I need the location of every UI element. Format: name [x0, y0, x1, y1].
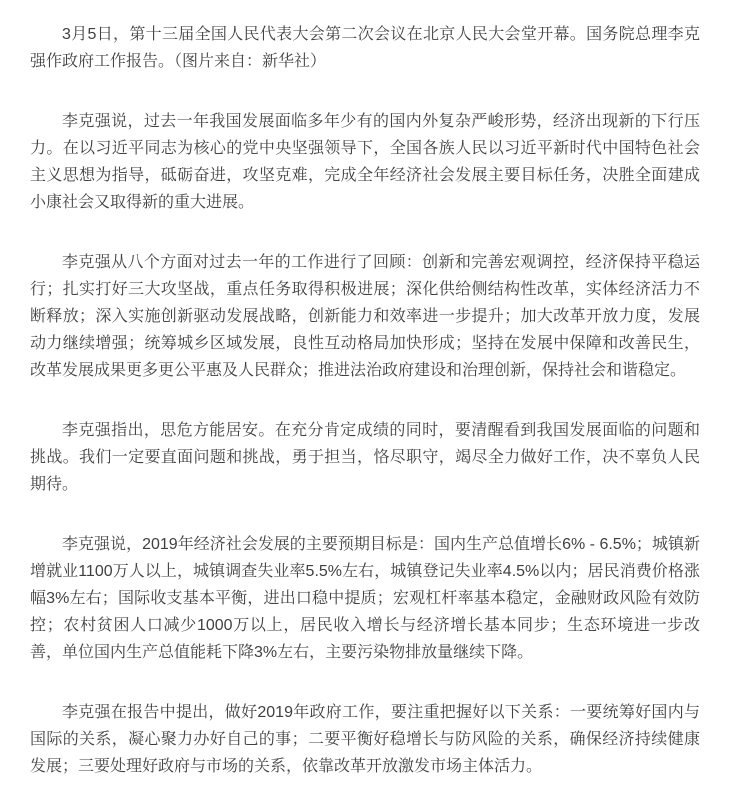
paragraph-2019-targets: 李克强说，2019年经济社会发展的主要预期目标是：国内生产总值增长6% - 6.…	[30, 531, 700, 666]
paragraph-problems-challenges: 李克强指出，思危方能居安。在充分肯定成绩的同时，要清醒看到我国发展面临的问题和挑…	[30, 417, 700, 498]
paragraph-past-year-overview: 李克强说，过去一年我国发展面临多年少有的国内外复杂严峻形势，经济出现新的下行压力…	[30, 108, 700, 216]
paragraph-eight-aspects-review: 李克强从八个方面对过去一年的工作进行了回顾：创新和完善宏观调控，经济保持平稳运行…	[30, 249, 700, 384]
paragraph-intro-caption: 3月5日，第十三届全国人民代表大会第二次会议在北京人民大会堂开幕。国务院总理李克…	[30, 21, 700, 75]
article-body: 3月5日，第十三届全国人民代表大会第二次会议在北京人民大会堂开幕。国务院总理李克…	[0, 0, 730, 780]
paragraph-2019-key-relations: 李克强在报告中提出，做好2019年政府工作，要注重把握好以下关系：一要统筹好国内…	[30, 699, 700, 780]
